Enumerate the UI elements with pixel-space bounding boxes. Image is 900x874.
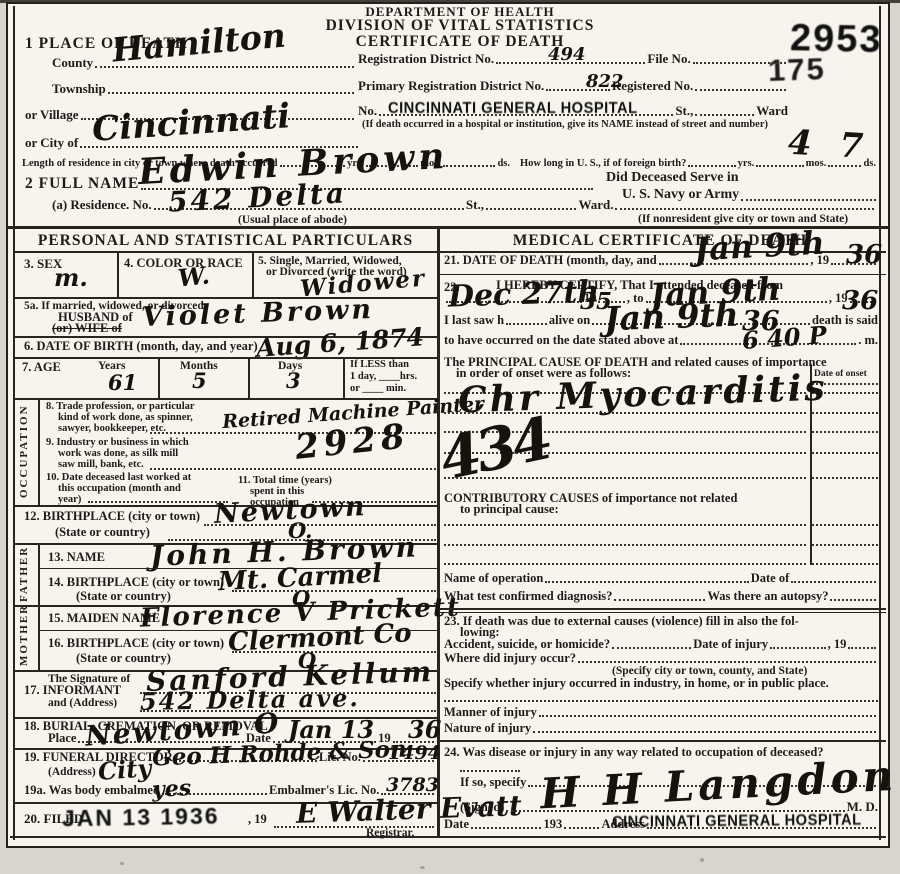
injury-date-line <box>770 645 825 649</box>
primary-registration-row: Primary Registration District No.Registe… <box>358 79 788 93</box>
contrib-onset-3 <box>812 563 878 565</box>
to-year-value: 36 <box>842 288 878 314</box>
file-no-line <box>693 60 786 64</box>
filed-date-stamp: JAN 13 1936 <box>62 805 220 831</box>
section-rule <box>440 608 886 610</box>
cell-divider <box>248 357 250 398</box>
row-rule <box>440 740 886 742</box>
item8-line1: 8. Trade profession, or particular <box>46 401 195 412</box>
cell-divider <box>158 357 160 398</box>
hospital-address-stamp: CINCINNATI GENERAL HOSPITAL <box>612 813 862 831</box>
item8-line2: kind of work done, as spinner, <box>58 412 193 423</box>
test-label: What test confirmed diagnosis? <box>444 590 612 603</box>
operation-line <box>545 579 748 583</box>
where-label: Where did injury occur? <box>444 652 576 665</box>
injury-date-label: Date of injury <box>693 638 768 651</box>
nature-row: Nature of injury <box>444 722 878 735</box>
cell-divider <box>343 357 345 398</box>
full-name-label: 2 FULL NAME <box>25 176 139 192</box>
last-saw-label: I last saw h <box>444 314 504 327</box>
primary-registration-value: 822 <box>586 73 624 91</box>
father-strip-divider <box>38 543 40 605</box>
accident-line <box>612 645 691 649</box>
onset-line-2 <box>812 412 878 414</box>
inner-border-bottom <box>10 836 886 838</box>
township-label: Township <box>52 82 106 96</box>
age-label: 7. AGE <box>22 361 61 375</box>
st-line <box>695 112 754 116</box>
mother-state-label: (State or country) <box>76 652 171 666</box>
registered-no-label: Registered No. <box>612 79 693 93</box>
primary-registration-label: Primary Registration District No. <box>358 79 544 93</box>
onset-line-4 <box>812 452 878 454</box>
contrib-onset-1 <box>812 524 878 526</box>
embalmed-value: yes <box>151 777 191 801</box>
months-value: 5 <box>192 370 207 391</box>
occupation-vertical-label: OCCUPATION <box>18 408 30 498</box>
occupation-strip-divider <box>38 398 40 505</box>
cell-divider <box>117 251 119 297</box>
specify-label: Specify whether injury occurred in indus… <box>444 677 829 691</box>
hospital-note: (If death occurred in a hospital or inst… <box>362 119 768 130</box>
dod-value: Jan 9th <box>693 227 825 266</box>
us-line2 <box>756 163 803 167</box>
where-row: Where did injury occur? <box>444 652 878 665</box>
file-no-label: File No. <box>647 52 690 66</box>
contrib-line-2 <box>444 544 806 546</box>
township-line <box>108 90 354 94</box>
death-certificate-scan: DEPARTMENT OF HEALTH DIVISION OF VITAL S… <box>0 0 900 874</box>
funeral-address-value: City <box>97 756 152 784</box>
occurred-label: to have occurred on the date stated abov… <box>444 334 678 347</box>
item10-line3: year) <box>58 494 81 505</box>
race-value: W. <box>177 263 211 290</box>
onset-line-5 <box>812 477 878 479</box>
served-line1: Did Deceased Serve in <box>606 170 739 185</box>
county-label: County <box>52 56 93 70</box>
operation-label: Name of operation <box>444 572 543 585</box>
dod-label: 21. DATE OF DEATH (month, day, and <box>444 254 657 267</box>
inner-border-left <box>13 6 15 840</box>
speck <box>420 866 425 869</box>
autopsy-label: Was there an autopsy? <box>707 590 828 603</box>
st-label-2: St., <box>466 198 484 212</box>
bp-label: 12. BIRTHPLACE (city or town) <box>24 510 200 524</box>
m-label: . m. <box>858 334 878 347</box>
father-name-label: 13. NAME <box>48 551 105 565</box>
st-label: St., <box>675 104 693 118</box>
occurred-time-value: 6 40 P <box>741 323 827 353</box>
onset-line-3 <box>812 431 878 433</box>
contrib-line-3 <box>444 563 806 565</box>
signed-label: (Signed) <box>460 801 504 814</box>
nature-label: Nature of injury <box>444 722 531 735</box>
burial-year-value: 36 <box>408 718 441 742</box>
less-line3: or ____ min. <box>350 383 406 394</box>
funeral-lic-value: 1494 <box>388 744 441 763</box>
item9-line2: work was done, as silk mill <box>58 448 178 459</box>
item24-short-line <box>460 770 520 772</box>
autopsy-line <box>830 597 876 601</box>
funeral-address-label: (Address) <box>48 766 96 778</box>
ward-label: Ward <box>756 104 788 118</box>
if-so-label: If so, specify <box>460 776 526 789</box>
bp-state-label: (State or country) <box>55 526 150 540</box>
informant-line2: 17. INFORMANT <box>24 684 121 698</box>
mother-vertical-label: MOTHER <box>18 610 30 666</box>
filed-year-prefix: , 19 <box>248 813 267 827</box>
test-row: What test confirmed diagnosis?Was there … <box>444 590 878 603</box>
where-line <box>578 659 876 663</box>
res-len-line3 <box>443 163 495 167</box>
inner-border-right <box>879 6 881 840</box>
township-row: Township <box>52 82 356 96</box>
certificate-title: CERTIFICATE OF DEATH <box>280 34 640 51</box>
last-saw-line1 <box>506 321 547 325</box>
hospital-name-stamp: CINCINNATI GENERAL HOSPITAL <box>388 101 638 117</box>
item9-line3: saw mill, bank, etc. <box>58 459 144 470</box>
registrar-label: Registrar, <box>366 827 414 839</box>
less-line2: 1 day, ____hrs. <box>350 371 417 382</box>
item9-line <box>150 468 436 470</box>
alive-on-label: alive on <box>549 314 590 327</box>
speck <box>120 862 124 865</box>
mother-bp-label: 16. BIRTHPLACE (city or town) <box>48 637 224 651</box>
md-date-line <box>471 825 541 829</box>
yrs-label-2: yrs. <box>738 158 755 169</box>
nonres-line <box>615 206 874 210</box>
contrib-line-1 <box>444 524 806 526</box>
mother-strip-divider <box>38 605 40 670</box>
dob-label: 6. DATE OF BIRTH (month, day, and year) <box>24 340 258 354</box>
cell-divider <box>252 251 254 297</box>
how-long-us-label: How long in U. S., if of foreign birth? <box>520 158 686 169</box>
left-title-rule <box>14 251 437 253</box>
burial-place-label: Place <box>48 732 76 745</box>
registration-district-label: Registration District No. <box>358 52 494 66</box>
operation-date-line <box>791 579 876 583</box>
st-line-2 <box>486 206 576 210</box>
item10-line <box>88 501 228 503</box>
us-line1 <box>688 163 735 167</box>
embalmed-label: 19a. Was body embalmed <box>24 784 160 797</box>
attended-from-value: Dec 27th <box>448 277 600 312</box>
contrib-onset-2 <box>812 544 878 546</box>
section-rule-2 <box>440 612 886 613</box>
injury-year-line <box>848 645 876 649</box>
ds-label: ds. <box>497 158 510 169</box>
registered-no-line <box>695 87 786 91</box>
father-bp-label: 14. BIRTHPLACE (city or town) <box>48 576 224 590</box>
md-193-line <box>564 825 599 829</box>
less-line1: If LESS than <box>350 359 409 370</box>
father-state-label: (State or country) <box>76 590 171 604</box>
registration-district-value: 494 <box>548 46 586 64</box>
item5a-line3: (or) WIFE of <box>52 322 122 336</box>
left-column-title: PERSONAL AND STATISTICAL PARTICULARS <box>14 233 437 250</box>
accident-row: Accident, suicide, or homicide?Date of i… <box>444 638 878 651</box>
item11-line1: 11. Total time (years) <box>238 475 332 486</box>
nature-line <box>533 729 876 733</box>
abode-note: (Usual place of abode) <box>238 214 347 226</box>
last-saw-value: Jan 9th <box>603 298 739 336</box>
operation-date-label: Date of <box>751 572 790 585</box>
speck <box>700 858 704 862</box>
manner-row: Manner of injury <box>444 706 878 719</box>
street-no-label: No. <box>358 104 377 118</box>
md-date-label: Date <box>444 818 469 831</box>
spouse-name-handwriting: Violet Brown <box>142 296 375 331</box>
item10-line1: 10. Date deceased last worked at <box>46 472 191 483</box>
item9-line1: 9. Industry or business in which <box>46 437 189 448</box>
informant-line3: and (Address) <box>48 697 117 709</box>
accident-label: Accident, suicide, or homicide? <box>444 638 610 651</box>
manner-label: Manner of injury <box>444 706 537 719</box>
md-193: 193 <box>543 818 562 831</box>
ward2-label: Ward. <box>578 198 613 212</box>
specify-line <box>444 700 878 702</box>
injury-19: , 19 <box>828 638 847 651</box>
sex-value: m. <box>54 266 88 290</box>
operation-row: Name of operationDate of <box>444 572 878 585</box>
contrib-line2: to principal cause: <box>460 503 559 517</box>
city-label: or City of <box>25 136 78 150</box>
how-long-us-value: 4 7 <box>787 126 872 164</box>
village-label: or Village <box>25 108 79 122</box>
test-line <box>614 597 705 601</box>
dod-year-value: 36 <box>846 242 882 268</box>
days-value: 3 <box>286 370 301 391</box>
years-value: 61 <box>108 372 137 393</box>
item10-line2: this occupation (month and <box>58 483 181 494</box>
residence-label: (a) Residence. No. <box>52 198 152 212</box>
father-vertical-label: FATHER <box>18 548 30 602</box>
manner-line <box>539 713 876 717</box>
